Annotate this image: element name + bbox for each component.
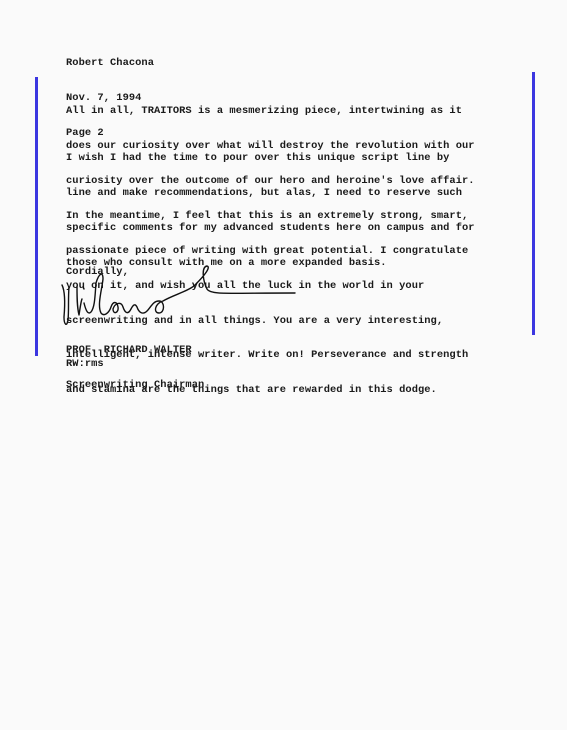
- letter-page: Robert Chacona Nov. 7, 1994 Page 2 All i…: [0, 0, 567, 730]
- text-line: All in all, TRAITORS is a mesmerizing pi…: [66, 106, 475, 118]
- right-margin-bar: [532, 72, 535, 335]
- signer-title: Screenwriting Chairman: [66, 380, 204, 392]
- recipient-name: Robert Chacona: [66, 58, 154, 70]
- text-line: I wish I had the time to pour over this …: [66, 153, 475, 165]
- text-line: passionate piece of writing with great p…: [66, 246, 468, 258]
- left-margin-bar: [35, 77, 38, 356]
- reference-initials: RW:rms: [66, 359, 104, 371]
- text-line: In the meantime, I feel that this is an …: [66, 211, 468, 223]
- signer-name: PROF. RICHARD WALTER: [66, 345, 204, 357]
